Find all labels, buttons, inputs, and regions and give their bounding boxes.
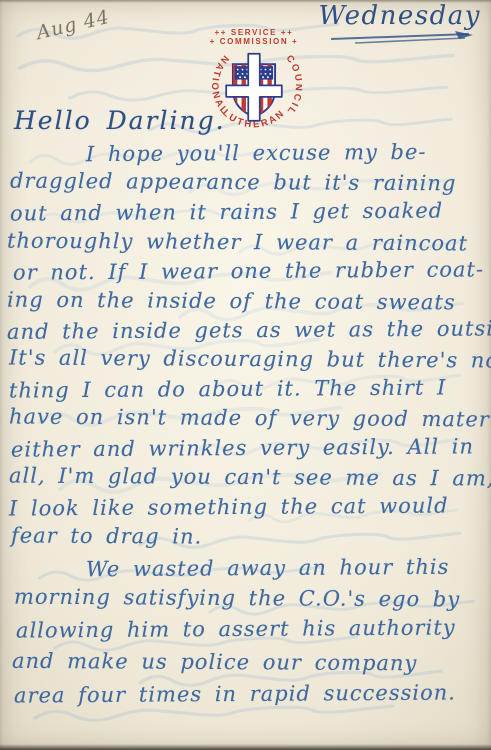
ring-text-council: COUNCIL (283, 53, 302, 117)
letter-line: out and when it rains I get soaked (10, 198, 443, 225)
service-commission-line1: ++ SERVICE ++ (206, 28, 302, 37)
svg-text:COUNCIL: COUNCIL (283, 53, 302, 117)
letter-line: ing on the inside of the coat sweats (7, 288, 456, 315)
letter-line: area four times in rapid succession. (14, 680, 456, 707)
letter-line: and the inside gets as wet as the outsid… (7, 316, 491, 344)
letter-line: I hope you'll excuse my be- (86, 140, 427, 166)
letter-line: I look like something the cat would (9, 493, 449, 520)
letter-line: fear to drag in. (11, 523, 202, 548)
scan-edge-bottom (0, 744, 491, 750)
letter-line: allowing him to assert his authority (16, 615, 456, 642)
letter-line: draggled appearance but it's raining (10, 169, 457, 196)
service-commission-line2: + COMMISSION + (206, 37, 302, 46)
letter-scan-page: { "annotations": { "pencil_date": "Aug 4… (0, 0, 491, 750)
letter-line: or not. If I wear one the rubber coat- (13, 257, 484, 284)
letter-line: thoroughly whether I wear a raincoat (7, 229, 468, 256)
letter-line: either and wrinkles very easily. All in (11, 434, 474, 461)
salutation: Hello Darling. (14, 106, 226, 135)
letter-line: have on isn't made of very good material (9, 404, 491, 431)
letter-line: We wasted away an hour this (86, 555, 450, 582)
letter-line: It's all very discouraging but there's n… (9, 345, 491, 372)
letter-line: morning satisfying the C.O.'s ego by (14, 585, 460, 612)
letter-line: thing I can do about it. The shirt I (9, 375, 447, 402)
underline-flourish-icon (329, 31, 479, 47)
day-header: Wednesday (319, 1, 481, 31)
pencil-date-annotation: Aug 44 (34, 6, 111, 44)
scan-edge-top (0, 0, 491, 3)
letter-line: and make us police our company (12, 649, 417, 675)
letter-line: all, I'm glad you can't see me as I am, (9, 464, 491, 491)
